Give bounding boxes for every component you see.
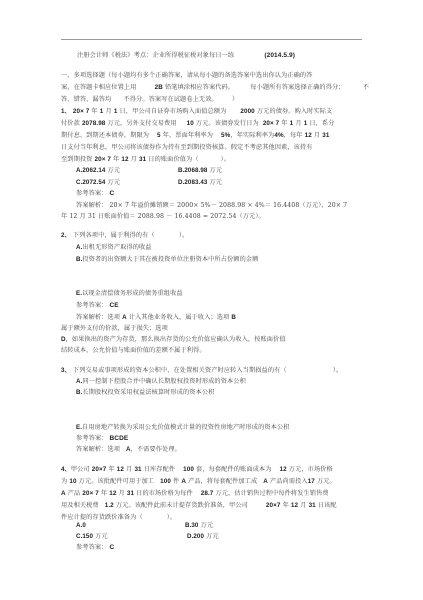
analysis-text: B: [231, 314, 236, 321]
analysis-text: ，不需要作处理。: [131, 446, 181, 453]
q1-text: 日支付当年利息。甲公司将该债券作为持有至到期投资核算。假定不考虑其他因素，该持有: [61, 144, 313, 151]
answer-4: 参考答案： C: [76, 544, 114, 552]
answer-2: 参考答案： CE: [76, 302, 119, 310]
question-1-line-1: 1、 20× 7 年 1 月 1 日，甲公司自证券市场购入面值总额为2000 万…: [61, 108, 332, 116]
question-number: 3、: [61, 367, 71, 374]
answer-label: 参考答案：: [76, 302, 107, 309]
option-2b: B.投资者的出资额大于其在被投资单位注册资本中所占份额的金额: [76, 256, 258, 264]
q1-text: 万元的债券。购入时实际支: [255, 108, 333, 115]
option-3b: B.长期股权投资采用权益法核算时形成的资本公积: [76, 389, 214, 397]
option-unit: 万元: [108, 179, 121, 186]
q1-text: 付价款: [61, 120, 82, 127]
q1-text: 5%: [221, 132, 230, 139]
q4-text: 万元。该配件此前未计提存货跌价准备，甲公司: [114, 502, 248, 509]
q1-text: 12: [305, 132, 312, 139]
section-heading-line-2: 案，在答题卡相应位置上用 2B 铅笔填涂相应答案代码。 每小题所有答案选择正确的…: [61, 84, 369, 92]
document-page: 注册会计师《税法》考点：企业所得税征税对象每日一练 (2014.5.9) 一、多…: [0, 0, 423, 600]
q4-text: 20× 7: [82, 490, 98, 497]
question-number: 1、: [61, 108, 71, 115]
q1-text: 日，甲公司自证券市场购入面值总额为: [117, 108, 226, 115]
header-rule: [61, 39, 362, 40]
question-2-stem: 2、 下列各项中，属于利得的有（ ）。: [61, 232, 188, 240]
answer-value: CE: [110, 302, 119, 309]
q4-text: 年: [281, 502, 291, 509]
question-number: 2、: [61, 232, 71, 239]
option-4a: A.0: [76, 522, 86, 530]
question-4-line-5: 件应计提的存货跌价准备为（）。: [61, 514, 176, 522]
q4-text: 月: [298, 502, 308, 509]
section-heading-line-1: 一、多项选择题（每小题均有多个正确答案，请从每小题的备选答案中选出你认为正确的答: [61, 72, 313, 80]
question-stem-end: ）。: [179, 232, 188, 239]
q4-text: 17: [308, 478, 315, 485]
q1-text: 月: [129, 156, 139, 163]
option-1d: D.2083.43 万元: [178, 179, 222, 187]
q4-text: 20×7: [266, 502, 281, 509]
q4-text: 12: [280, 466, 287, 473]
q1-text: 日的账面价值为（: [146, 156, 198, 163]
q1-text: 万元，另外支付交易费用: [105, 120, 176, 127]
heading-text: 案，在答题卡相应位置上用: [61, 84, 136, 91]
analysis-label: 答案解析：: [76, 202, 107, 209]
option-label: B.2068.98: [178, 167, 207, 174]
question-4-line-3: A 产品 20× 7 年 12 月 31 日的市场价格为每件28.7 万元，估计…: [61, 490, 329, 498]
question-1-line-4: 日支付当年利息。甲公司将该债券作为持有至到期投资核算。假定不考虑其他因素，该持有: [61, 144, 313, 152]
option-unit: 万元: [210, 179, 223, 186]
analysis-2-line-2: 属于额外支付的价款，属于损失；选项: [61, 325, 168, 333]
question-1-line-2: 付价款 2078.98 万元，另外支付交易费用10 万元。该债券发行日为20× …: [61, 120, 335, 128]
option-4b: B.30 万元: [185, 522, 213, 530]
option-label: D.200: [187, 533, 204, 540]
q4-text: 件应计提的存货跌价准备为（: [61, 514, 143, 521]
option-2e: E.以现金清偿债务形成的债务重组收益: [76, 290, 183, 298]
heading-text: 铅笔填涂相应答案代码。: [165, 84, 234, 91]
question-stem-end: ）。: [333, 367, 342, 374]
question-1-line-3: 期付息、到期还本债券，期限为5 年，票面年利率为5%，年实际利率为4%，每年 1…: [61, 132, 329, 140]
option-label: D.2083.43: [178, 179, 207, 186]
option-text: 同一控制下控股合并中确认长期股权投资时形成的资本公积: [82, 378, 245, 385]
q4-text: 100: [160, 478, 171, 485]
option-unit: 万元: [206, 533, 219, 540]
q4-text: 31: [134, 466, 141, 473]
q4-text: 年: [99, 490, 109, 497]
q4-text: 产品尚需投入: [268, 478, 308, 485]
q1-text: 年: [279, 120, 289, 127]
option-label: B.30: [185, 522, 198, 529]
question-stem: 下列各项中，属于利得的有（: [73, 232, 155, 239]
option-unit: 万元: [108, 167, 121, 174]
question-4-line-4: 用及相关税费1.2 万元。该配件此前未计提存货跌价准备，甲公司20×7 年 12…: [61, 502, 337, 510]
q1-text: 年: [89, 108, 99, 115]
option-unit: 万元: [210, 167, 223, 174]
option-text: 出租无形资产取得的收益: [82, 244, 151, 251]
heading-number: 2B: [155, 84, 163, 91]
q1-text: 月: [293, 120, 303, 127]
q1-text: 10: [187, 120, 194, 127]
q1-text: ，每年: [284, 132, 305, 139]
q1-text: 年: [111, 156, 121, 163]
analysis-text: 选项: [107, 314, 122, 321]
q4-text: 甲公司: [71, 466, 92, 473]
analysis-1-line-1: 答案解析： 20× 7 年溢价摊销额＝ 2000× 5%－ 2088.98 × …: [76, 202, 347, 210]
q4-text: 用及相关税费: [61, 502, 99, 509]
option-unit: 万元: [95, 533, 108, 540]
q1-text: 万元。该债券发行日为: [194, 120, 259, 127]
answer-label: 参考答案：: [76, 544, 107, 551]
q1-text: 日，系分: [307, 120, 334, 127]
analysis-label: 答案解析：: [76, 446, 107, 453]
analysis-text: 年 12 月 31 日账面价值＝ 2088.98 － 16.4408 = 207…: [61, 213, 265, 220]
q4-text: 产品: [66, 490, 83, 497]
title-text: 注册会计师《税法》考点：企业所得税征税对象每日一练: [77, 52, 234, 59]
title-date: (2014.5.9): [264, 52, 295, 59]
q4-text: 万元。该批配件可用于加工: [77, 478, 155, 485]
q1-text: 月: [312, 132, 322, 139]
analysis-2-line-4: 结转成本，公允价值与账面价值的差额不属于利得。: [61, 347, 206, 355]
q1-text: 31: [322, 132, 329, 139]
analysis-text: 属于额外支付的价款，属于损失；选项: [61, 325, 168, 332]
analysis-text: 选项: [107, 446, 120, 453]
answer-label: 参考答案：: [76, 190, 107, 197]
q4-text: 万元。: [315, 478, 336, 485]
heading-text: 不: [363, 84, 369, 91]
q4-text: 12: [117, 466, 124, 473]
analysis-1-line-2: 年 12 月 31 日账面价值＝ 2088.98 － 16.4408 = 207…: [61, 213, 265, 221]
option-3a: A.同一控制下控股合并中确认长期股权投资时形成的资本公积: [76, 378, 246, 386]
question-4-line-2: 为 10 万元。该批配件可用于加工100 件 A 产品，将每套配件加工成A 产品…: [61, 478, 336, 486]
q4-text: 10: [69, 478, 76, 485]
q4-text: 日的市场价格为每件: [134, 490, 193, 497]
q4-text: 31: [127, 490, 134, 497]
heading-text: 每小题所有答案选择正确的得分；: [250, 84, 344, 91]
option-1a: A.2062.14 万元: [76, 167, 120, 175]
answer-value: C: [110, 544, 115, 551]
question-3-stem: 3、 下列交易或事项形成的资本公积中，在处置相关资产时应转入当期损益的有（ ）。: [61, 367, 342, 375]
option-label: A.0: [76, 522, 86, 529]
q4-text: 100: [183, 466, 194, 473]
answer-value: C: [110, 190, 115, 197]
q1-text: 4%: [274, 132, 283, 139]
q4-text: 产品，将每套配件加工成: [186, 478, 257, 485]
heading-text: 答、错答、漏答均: [61, 96, 111, 103]
q1-text: 2078.98: [82, 120, 105, 127]
q1-text: 20× 7: [73, 108, 89, 115]
q1-text: 至到期投资: [61, 156, 95, 163]
q4-text: 万元，市场价格: [287, 466, 333, 473]
analysis-3: 答案解析：选项A，不需要作处理。: [76, 446, 181, 454]
analysis-label: 答案解析：: [76, 314, 107, 321]
q4-text: 28.7: [201, 490, 214, 497]
q4-text: 套，每套配件的账面成本为: [194, 466, 272, 473]
q4-text: 20×7: [92, 466, 107, 473]
question-stem: 下列交易或事项形成的资本公积中，在处置相关资产时应转入当期损益的有（: [73, 367, 287, 374]
q4-text: 1.2: [105, 502, 114, 509]
analysis-2-line-1: 答案解析：选项 A 计入其他业务收入，属于收入；选项 B: [76, 314, 236, 322]
option-text: 投资者的出资额大于其在被投资单位注册资本中所占份额的金额: [82, 256, 258, 263]
q4-text: 万元，估计销售过程中每件将发生销售费: [213, 490, 328, 497]
q4-text: 月: [124, 466, 134, 473]
answer-3: 参考答案： BCDE: [76, 435, 128, 443]
answer-value: BCDE: [110, 435, 129, 442]
option-2a: A.出租无形资产取得的收益: [76, 244, 152, 252]
q1-text: ）。: [221, 156, 230, 163]
analysis-text: 20× 7 年溢价摊销额＝ 2000× 5%－ 2088.98 × 4%＝ 16…: [110, 202, 348, 209]
q1-text: 年，票面年利率为: [161, 132, 213, 139]
question-4-line-1: 4、甲公司 20×7 年 12 月 31 日库存配件100 套，每套配件的账面成…: [61, 466, 333, 474]
option-text: 自用房地产转换为采用公允价值模式计量的投资性房地产时形成的资本公积: [82, 424, 290, 431]
q1-text: 20× 7: [95, 156, 111, 163]
heading-text: 不得分。答案写在试题卷上无效。: [123, 96, 217, 103]
q4-text: 日库存配件: [142, 466, 176, 473]
option-label: C.150: [76, 533, 93, 540]
q1-text: 月: [103, 108, 113, 115]
option-text: 以现金清偿债务形成的债务重组收益: [82, 290, 183, 297]
answer-1: 参考答案： C: [76, 190, 114, 198]
analysis-2-line-3: D，如果换出的资产为存货，那么换出存货的公允价值应确认为收入，按账面价值: [61, 336, 286, 344]
q1-text: 2000: [240, 108, 254, 115]
q4-text: 日该配: [316, 502, 337, 509]
answer-label: 参考答案：: [76, 435, 107, 442]
section-heading-line-3: 答、错答、漏答均 不得分。答案写在试题卷上无效。 ）: [61, 96, 238, 104]
q4-text: 年: [106, 466, 116, 473]
section-heading-text: 一、多项选择题（每小题均有多个正确答案，请从每小题的备选答案中选出你认为正确的答: [61, 72, 313, 79]
analysis-text: 计入其他业务收入，属于收入；选项: [127, 314, 232, 321]
q1-text: ，年实际利率为: [230, 132, 274, 139]
heading-text: ）: [232, 96, 238, 103]
q4-text: 件: [171, 478, 181, 485]
option-1b: B.2068.98 万元: [178, 167, 222, 175]
q4-text: 月: [116, 490, 126, 497]
option-unit: 万元: [201, 522, 214, 529]
option-4c: C.150 万元: [76, 533, 108, 541]
option-4d: D.200 万元: [187, 533, 219, 541]
question-number: 4、: [61, 466, 71, 473]
q1-text: 20× 7: [263, 120, 279, 127]
option-3e: E.自用房地产转换为采用公允价值模式计量的投资性房地产时形成的资本公积: [76, 424, 290, 432]
option-label: A.2062.14: [76, 167, 105, 174]
q4-text: 31: [309, 502, 316, 509]
analysis-text: 结转成本，公允价值与账面价值的差额不属于利得。: [61, 347, 206, 354]
analysis-text: ，如果换出的资产为存货，那么换出存货的公允价值应确认为收入，按账面价值: [66, 336, 286, 343]
document-title: 注册会计师《税法》考点：企业所得税征税对象每日一练 (2014.5.9): [77, 52, 295, 60]
option-label: C.2072.54: [76, 179, 105, 186]
option-text: 长期股权投资采用权益法核算时形成的资本公积: [82, 389, 214, 396]
q4-text: ）。: [167, 514, 176, 521]
q1-text: 12: [121, 156, 128, 163]
option-1c: C.2072.54 万元: [76, 179, 120, 187]
question-1-line-5: 至到期投资 20× 7 年 12 月 31 日的账面价值为（）。: [61, 156, 230, 164]
q1-text: 期付息、到期还本债券，期限为: [61, 132, 149, 139]
